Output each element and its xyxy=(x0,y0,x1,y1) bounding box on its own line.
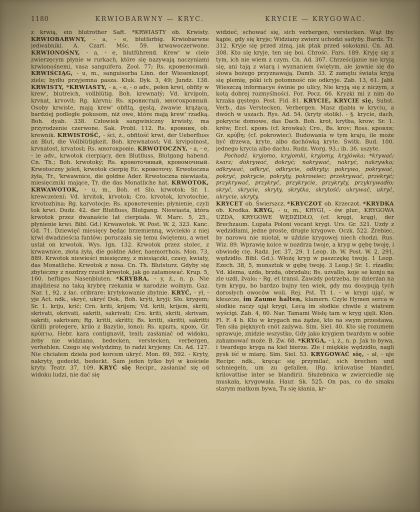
text-run: - u, m., KRYGI, - ów plur., KRYGOWA UZDA… xyxy=(216,207,394,303)
text-run: *KRYCZOT xyxy=(287,200,324,207)
text-run: KRYCIE, KRY­CIE się, xyxy=(303,98,376,105)
text-run: KRYCET xyxy=(216,200,245,207)
text-column-left: z krwią, ein blutrother Saft. *KRWIASTY … xyxy=(31,29,209,461)
running-head-left: KRWIOBARWNY — KRYĆ. xyxy=(67,16,233,24)
text-run: KRYĆ się xyxy=(99,365,135,372)
text-column-right: widzieć, schować się, sich verbergen, ve… xyxy=(216,29,394,461)
text-run: KRYGOWAĆ się, xyxy=(311,351,367,358)
text-run: Pochodź. kryjomo, kryjomki, kryjomy, kry… xyxy=(216,152,394,200)
text-run: z krwią, ein blutrother Saft. *KRWIASTY … xyxy=(31,29,209,36)
text-run: - a, - e, - o adv., pełen krwi, obfity w… xyxy=(31,84,209,138)
text-run: Subst. Verb., das Verstecken, Verbergen.… xyxy=(216,98,394,152)
text-run: KRWIŚCIĄG, xyxy=(31,70,77,77)
text-run: - u, m., Boh. et Slo. krwotok; Sr. 1. kr… xyxy=(31,187,209,283)
page-content: 1180 KRWIOBARWNY — KRYĆ. KRYCIE — KRYGOW… xyxy=(0,0,420,512)
text-run: *KRYDKA xyxy=(363,200,394,207)
text-columns: z krwią, ein blutrother Saft. *KRWIASTY … xyxy=(0,23,420,461)
text-run: KRWIONOŚNY, xyxy=(31,50,86,57)
scanned-dictionary-page: 1180 KRWIOBARWNY — KRYĆ. KRYCIE — KRYGOW… xyxy=(0,0,420,512)
text-run: - ał, - uje Recipr. ndk., kręcąc się prz… xyxy=(216,351,394,392)
text-run: *KRYGA, xyxy=(298,337,329,344)
page-number: 1180 xyxy=(31,15,67,23)
text-run: *KRYBRA, xyxy=(116,276,154,283)
text-run: ob. Kredka. xyxy=(216,207,254,214)
text-run: ob. Świerszcz. xyxy=(245,200,287,207)
text-run: ob. Krzeczot. xyxy=(324,200,362,207)
text-run: KRWIOBARWNY, xyxy=(31,36,94,43)
running-head-right: KRYCIE — KRYGOWAĆ. xyxy=(233,16,399,24)
text-run: im Zaume halten, xyxy=(243,296,305,303)
text-run: KRWISTOŚĆ, xyxy=(57,132,103,139)
text-run: KRWISTY, *KRWIA­STY, xyxy=(31,84,109,91)
running-header: 1180 KRWIOBARWNY — KRYĆ. KRYCIE — KRYGOW… xyxy=(0,0,420,23)
text-run: widzieć, schować się, sich verbergen, ve… xyxy=(216,29,394,104)
text-run: KRYG, xyxy=(254,207,279,214)
text-run: KRWOTOCZNY, xyxy=(137,145,189,152)
text-run: - ył, - yje Act. ndk., skryć, ukryć Dok.… xyxy=(31,289,209,371)
text-run: KRYĆ, xyxy=(171,289,194,296)
